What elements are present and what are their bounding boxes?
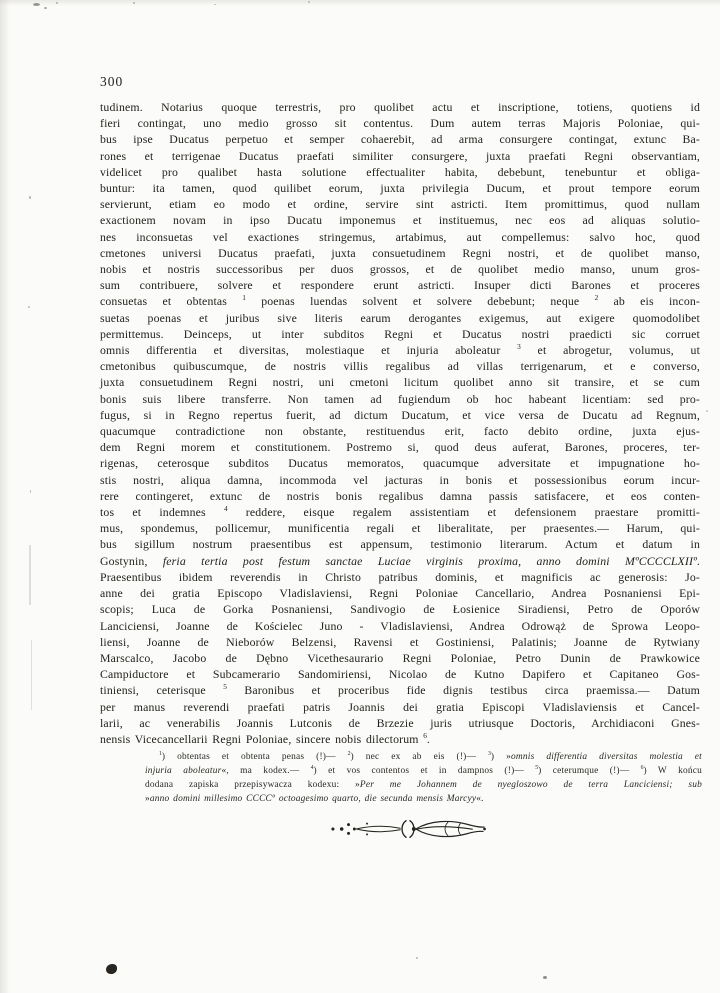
main-text-line: exactionem novam in ipso Ducatu imponemu… <box>100 212 700 228</box>
text-segment: ) et vos contentos et in dampnos (!)— <box>314 766 536 776</box>
scan-speck <box>30 490 31 493</box>
footnotes-block: 1) obtentas et obtenta penas (!)— 2) nec… <box>145 750 702 806</box>
scan-speck <box>133 2 135 4</box>
ink-blot <box>106 964 117 974</box>
text-segment: permittemus. Deinceps, ut inter subditos… <box>100 327 700 341</box>
main-text-line: Campiductore et Subcamerario Sandomirien… <box>100 666 700 682</box>
text-segment: injuria aboleatur <box>145 766 221 776</box>
main-text-line: larii, ac venerabilis Joannis Lutconis d… <box>100 715 700 731</box>
text-segment: nensis Vicecancellarii Regni Poloniae, s… <box>100 732 423 746</box>
main-text-line: anne dei gratia Episcopo Vladislaviensi,… <box>100 585 700 601</box>
text-segment: Marscalco, Jacobo de Dębno Vicethesaurar… <box>100 651 700 665</box>
scan-speck <box>56 2 58 4</box>
main-text-line: servierunt, etiam eo modo et ordine, ser… <box>100 196 700 212</box>
text-segment: rigenas, ceterosque subditos Ducatus mem… <box>100 456 700 470</box>
page-number: 300 <box>100 74 123 90</box>
text-segment: omnis differentia diversitas molestia et <box>511 752 702 762</box>
main-text-line: fieri contingat, uno medio grosso sit co… <box>100 115 700 131</box>
text-segment: ) nec ex ab eis (!)— <box>351 752 488 762</box>
text-segment: bonis suis libere transferre. Non tamen … <box>100 392 700 406</box>
scan-edge-shadow-left <box>0 0 10 993</box>
scan-speck <box>706 410 708 412</box>
scan-speck <box>214 4 216 5</box>
main-text-line: dem Regni morem et constitutionem. Postr… <box>100 439 700 455</box>
text-segment: anne dei gratia Episcopo Vladislaviensi,… <box>100 586 700 600</box>
main-text-line: stis nostri, aliqua damna, incommoda vel… <box>100 472 700 488</box>
footnote-line: 1) obtentas et obtenta penas (!)— 2) nec… <box>145 750 702 764</box>
tailpiece-ornament-icon <box>330 818 486 840</box>
main-text-line: rones et terrigenae Ducatus praefati sim… <box>100 148 700 164</box>
main-text-line: scopis; Luca de Gorka Posnaniensi, Sandi… <box>100 601 700 617</box>
text-segment: Praesentibus ibidem reverendis in Christ… <box>100 570 700 584</box>
main-text-line: videlicet pro qualibet hasta solutione e… <box>100 164 700 180</box>
text-segment: servierunt, etiam eo modo et ordine, ser… <box>100 197 700 211</box>
text-segment: consuetas et obtentas <box>100 294 242 308</box>
text-segment: «, ma kodex.— <box>221 766 310 776</box>
main-text-line: liensi, Joanne de Nieborów Belzensi, Rav… <box>100 634 700 650</box>
text-segment: buntur: ita tamen, quod quilibet eorum, … <box>100 181 700 195</box>
scan-streak <box>29 545 31 605</box>
text-segment: tudinem. Notarius quoque terrestris, pro… <box>100 100 700 114</box>
main-text-line: Marscalco, Jacobo de Dębno Vicethesaurar… <box>100 650 700 666</box>
text-segment: exactionem novam in ipso Ducatu imponemu… <box>100 213 700 227</box>
text-segment: tos et indemnes <box>100 505 224 519</box>
text-segment: ) obtentas et obtenta penas (!)— <box>162 752 348 762</box>
text-segment: ) » <box>491 752 511 762</box>
text-segment: . <box>697 554 700 568</box>
text-segment: juxta consuetudinem Regni nostri, uni cm… <box>100 375 700 389</box>
main-text-line: per manus reverendi praefati patris Joan… <box>100 699 700 715</box>
text-segment: Gostynin, <box>100 554 163 568</box>
main-text-line: permittemus. Deinceps, ut inter subditos… <box>100 326 700 342</box>
text-segment: reddere, eisque regalem assistentiam et … <box>228 505 700 519</box>
scan-streak <box>31 640 32 710</box>
text-segment: scopis; Luca de Gorka Posnaniensi, Sandi… <box>100 602 700 616</box>
scan-speck <box>44 7 47 9</box>
main-text-line: nensis Vicecancellarii Regni Poloniae, s… <box>100 731 700 747</box>
text-segment: cmetones universi Ducatus praefati, juxt… <box>100 246 700 260</box>
scan-speck <box>308 1 310 3</box>
text-segment: quacumque contradictione non obstante, r… <box>100 424 700 438</box>
main-text-line: nobis et nostris successoribus per duos … <box>100 261 700 277</box>
text-segment: feria tertia post festum sanctae Luciae … <box>163 554 697 568</box>
scan-speck <box>29 196 31 199</box>
main-text-line: buntur: ita tamen, quod quilibet eorum, … <box>100 180 700 196</box>
main-text-line: Gostynin, feria tertia post festum sanct… <box>100 553 700 569</box>
text-segment: mus, spondemus, pollicemur, munificentia… <box>100 521 700 535</box>
text-segment: ) ceterumque (!)— <box>538 766 640 776</box>
text-segment: ab eis incon- <box>598 294 700 308</box>
text-segment: suetas poenas et juribus sive literis ea… <box>100 311 700 325</box>
main-text-line: Lanciciensi, Joanne de Kościelec Juno - … <box>100 618 700 634</box>
footnote-line: dodana zapiska przepisywacza kodexu: »Pe… <box>145 778 702 792</box>
scan-edge-shadow-top <box>0 0 720 6</box>
main-text-line: rere contingeret, extunc de nostris boni… <box>100 488 700 504</box>
text-segment: et abrogetur, volumus, ut <box>521 343 700 357</box>
main-text-line: mus, spondemus, pollicemur, munificentia… <box>100 520 700 536</box>
scanned-book-page: 300 tudinem. Notarius quoque terrestris,… <box>0 0 720 993</box>
main-text-line: quacumque contradictione non obstante, r… <box>100 423 700 439</box>
main-text-line: cmetones universi Ducatus praefati, juxt… <box>100 245 700 261</box>
main-text-line: sum contribuere, solvere et respondere e… <box>100 277 700 293</box>
main-text-line: tos et indemnes 4 reddere, eisque regale… <box>100 504 700 520</box>
text-segment: fugus, si in Regno repertus fuerit, ad d… <box>100 408 700 422</box>
text-segment: nobis et nostris successoribus per duos … <box>100 262 700 276</box>
main-text-block: tudinem. Notarius quoque terrestris, pro… <box>100 99 700 747</box>
text-segment: omnis differentia et diversitas, molesti… <box>100 343 517 357</box>
text-segment: rere contingeret, extunc de nostris boni… <box>100 489 700 503</box>
text-segment: per manus reverendi praefati patris Joan… <box>100 700 700 714</box>
main-text-line: cmetonibus quibuscumque, de nostris vill… <box>100 358 700 374</box>
scan-speck <box>33 3 40 6</box>
main-text-line: omnis differentia et diversitas, molesti… <box>100 342 700 358</box>
text-segment: liensi, Joanne de Nieborów Belzensi, Rav… <box>100 635 700 649</box>
main-text-line: tudinem. Notarius quoque terrestris, pro… <box>100 99 700 115</box>
scan-speck <box>543 976 547 979</box>
text-segment: poenas luendas solvent et solvere debebu… <box>246 294 595 308</box>
main-text-line: tiniensi, ceterisque 5 Baronibus et proc… <box>100 682 700 698</box>
text-segment: videlicet pro qualibet hasta solutione e… <box>100 165 700 179</box>
main-text-line: juxta consuetudinem Regni nostri, uni cm… <box>100 374 700 390</box>
text-segment: sum contribuere, solvere et respondere e… <box>100 278 700 292</box>
text-segment: Campiductore et Subcamerario Sandomirien… <box>100 667 700 681</box>
footnote-line: »anno domini millesimo CCCCº octoagesimo… <box>145 792 702 806</box>
text-segment: Lanciciensi, Joanne de Kościelec Juno - … <box>100 619 700 633</box>
text-segment: bus ipse Ducatus perpetuo et semper coha… <box>100 132 700 146</box>
text-segment: ) W końcu <box>643 766 702 776</box>
text-segment: fieri contingat, uno medio grosso sit co… <box>100 116 700 130</box>
main-text-line: fugus, si in Regno repertus fuerit, ad d… <box>100 407 700 423</box>
text-segment: anno domini millesimo CCCCº octoagesimo … <box>150 794 476 804</box>
main-text-line: Praesentibus ibidem reverendis in Christ… <box>100 569 700 585</box>
text-segment: dodana zapiska przepisywacza kodexu: » <box>145 780 360 790</box>
text-segment: dem Regni morem et constitutionem. Postr… <box>100 440 700 454</box>
main-text-line: bus ipse Ducatus perpetuo et semper coha… <box>100 131 700 147</box>
scan-speck <box>28 306 30 308</box>
text-segment: larii, ac venerabilis Joannis Lutconis d… <box>100 716 700 730</box>
text-segment: Per me Johannem de nyegloszowo de terra … <box>360 780 702 790</box>
main-text-line: nes inconsuetas vel exactiones stringemu… <box>100 229 700 245</box>
scan-speck <box>416 957 418 959</box>
text-segment: tiniensi, ceterisque <box>100 683 223 697</box>
text-segment: Baronibus et proceribus fide dignis test… <box>227 683 700 697</box>
main-text-line: bus sigillum nostrum praesentibus est ap… <box>100 536 700 552</box>
text-segment: nes inconsuetas vel exactiones stringemu… <box>100 230 700 244</box>
text-segment: . <box>427 732 430 746</box>
text-segment: cmetonibus quibuscumque, de nostris vill… <box>100 359 700 373</box>
text-segment: stis nostri, aliqua damna, incommoda vel… <box>100 473 700 487</box>
footnote-line: injuria aboleatur«, ma kodex.— 4) et vos… <box>145 764 702 778</box>
main-text-line: bonis suis libere transferre. Non tamen … <box>100 391 700 407</box>
main-text-line: rigenas, ceterosque subditos Ducatus mem… <box>100 455 700 471</box>
main-text-line: suetas poenas et juribus sive literis ea… <box>100 310 700 326</box>
text-segment: rones et terrigenae Ducatus praefati sim… <box>100 149 700 163</box>
text-segment: bus sigillum nostrum praesentibus est ap… <box>100 537 700 551</box>
main-text-line: consuetas et obtentas 1 poenas luendas s… <box>100 293 700 309</box>
text-segment: «. <box>476 794 483 804</box>
